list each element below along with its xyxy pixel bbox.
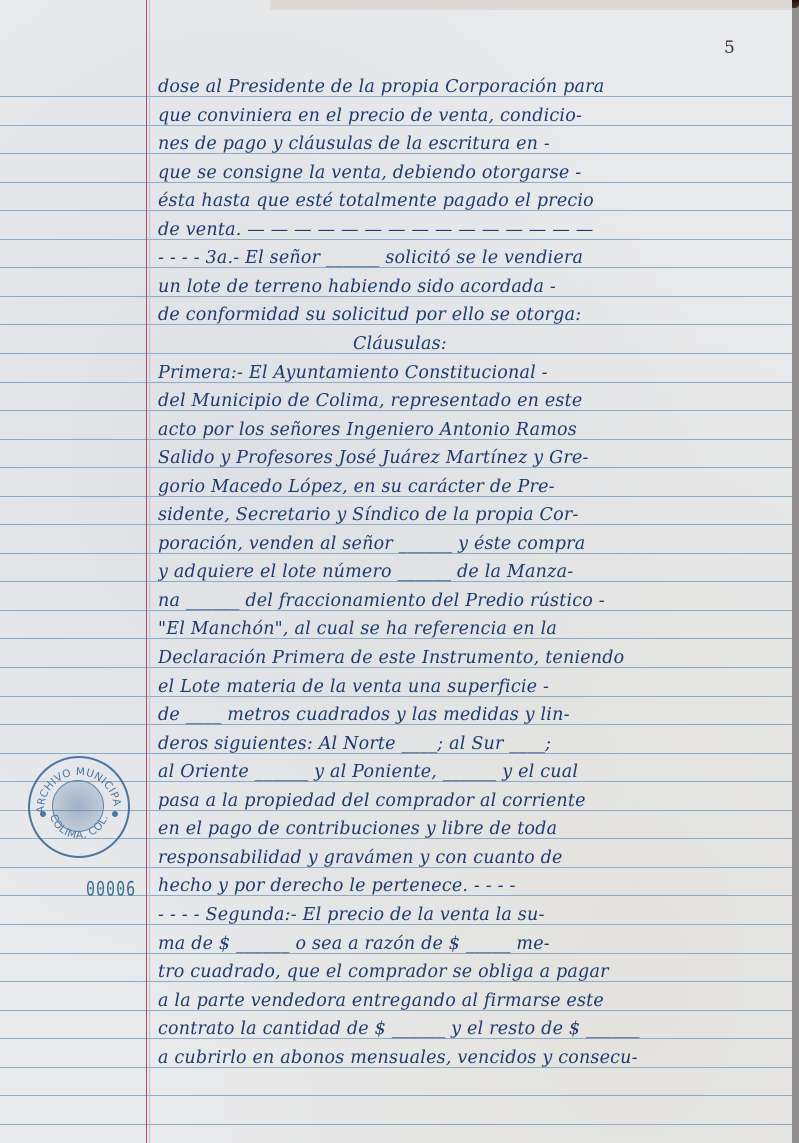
archive-stamp: ARCHIVO MUNICIPAL COLIMA, COL. [28,756,130,858]
text-line: dose al Presidente de la propia Corporac… [158,76,790,100]
text-line: na ______ del fraccionamiento del Predio… [158,590,790,614]
text-line: sidente, Secretario y Síndico de la prop… [158,504,790,528]
text-line: ésta hasta que esté totalmente pagado el… [158,190,790,214]
text-line: al Oriente ______ y al Poniente, ______ … [158,761,790,785]
ruled-line [0,1095,792,1096]
text-line: del Municipio de Colima, representado en… [158,390,790,414]
text-line: responsabilidad y gravámen y con cuanto … [158,847,790,871]
text-line: que conviniera en el precio de venta, co… [158,105,790,129]
text-line: - - - - Segunda:- El precio de la venta … [158,904,790,928]
text-line: contrato la cantidad de $ ______ y el re… [158,1018,790,1042]
text-line: ma de $ ______ o sea a razón de $ _____ … [158,933,790,957]
text-line: - - - - 3a.- El señor ______ solicitó se… [158,247,790,271]
text-line: de ____ metros cuadrados y las medidas y… [158,704,790,728]
text-line: Salido y Profesores José Juárez Martínez… [158,447,790,471]
text-line: a cubrirlo en abonos mensuales, vencidos… [158,1047,790,1071]
text-line: y adquiere el lote número ______ de la M… [158,561,790,585]
ruled-line [0,1124,792,1125]
page-number: 5 [724,38,735,58]
stamp-rosette-right [112,811,118,817]
text-line: hecho y por derecho le pertenece. - - - … [158,875,790,899]
text-line: de conformidad su solicitud por ello se … [158,304,790,328]
notebook-page: 5 dose al Presidente de la propia Corpor… [0,0,792,1143]
text-line: poración, venden al señor ______ y éste … [158,533,790,557]
margin-line-blue [149,0,150,1143]
serial-number: 00006 [86,877,136,900]
text-line: acto por los señores Ingeniero Antonio R… [158,419,790,443]
text-line: gorio Macedo López, en su carácter de Pr… [158,476,790,500]
text-line: el Lote materia de la venta una superfic… [158,676,790,700]
text-line: en el pago de contribuciones y libre de … [158,818,790,842]
text-line: que se consigne la venta, debiendo otorg… [158,162,790,186]
stamp-rosette-left [40,811,46,817]
text-line: Declaración Primera de este Instrumento,… [158,647,790,671]
text-line: a la parte vendedora entregando al firma… [158,990,790,1014]
text-line: de venta. — — — — — — — — — — — — — — — [158,219,790,243]
text-line: Primera:- El Ayuntamiento Constitucional… [158,362,790,386]
margin-line-red [146,0,147,1143]
text-line: pasa a la propiedad del comprador al cor… [158,790,790,814]
page-top-edge [270,0,792,10]
text-line: un lote de terreno habiendo sido acordad… [158,276,790,300]
text-line: deros siguientes: Al Norte ____; al Sur … [158,733,790,757]
text-line: "El Manchón", al cual se ha referencia e… [158,618,790,642]
stamp-emblem-icon [52,780,104,832]
text-line: nes de pago y cláusulas de la escritura … [158,133,790,157]
section-heading: Cláusulas: [158,333,790,357]
text-line: tro cuadrado, que el comprador se obliga… [158,961,790,985]
